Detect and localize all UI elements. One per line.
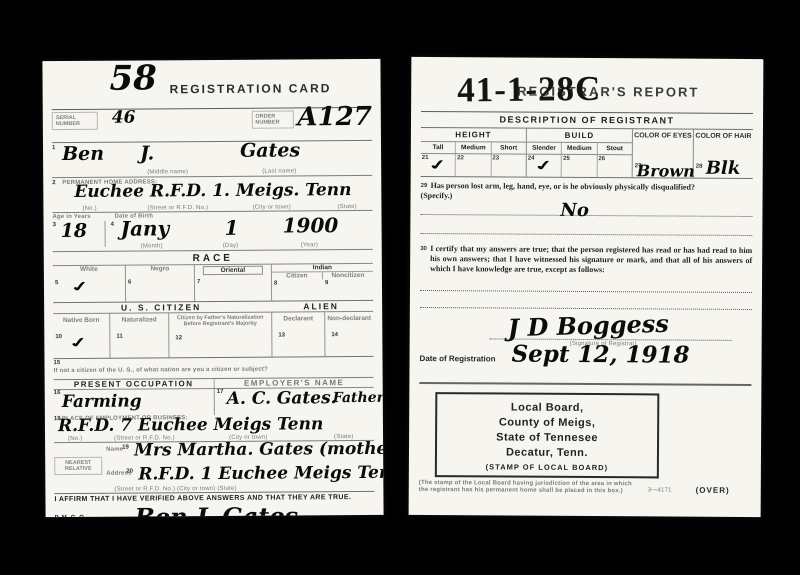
height-short-cell: 23 xyxy=(491,154,525,176)
alien-cell-nondeclarant: Non-declarant 14 xyxy=(325,312,373,356)
non-declarant-label: Non-declarant xyxy=(325,315,373,322)
board-caption: (The stamp of the Local Board having jur… xyxy=(419,480,634,495)
hair-title: COLOR OF HAIR xyxy=(694,130,753,143)
day-sublabel: (Day) xyxy=(223,243,239,249)
print-code: 3—4171 xyxy=(648,487,672,493)
dotted-line-3 xyxy=(420,274,752,293)
naturalized-number: 11 xyxy=(116,334,122,340)
height-tall-cell: 21 ✓ xyxy=(421,154,456,176)
board-line-4: Decatur, Tenn. xyxy=(441,445,653,461)
native-born-label: Native Born xyxy=(53,317,109,324)
dob-month-handwritten: Jany xyxy=(120,216,169,240)
employer-cell: 17 A. C. Gates. Father xyxy=(215,388,374,415)
q29-answer-handwritten: No xyxy=(560,200,589,221)
race-cell-indian-citizen: Citizen 8 xyxy=(272,272,323,279)
build-medium-label: Medium xyxy=(562,143,597,154)
name-row-number: 1 xyxy=(52,145,55,151)
race-oriental-number: 7 xyxy=(197,279,200,285)
date-of-registration-row: Date of Registration Sept 12, 1918 xyxy=(419,346,751,378)
address-sublabel-no: (No.) xyxy=(82,206,96,212)
address-sublabel-street: (Street or R.F.D. No.) xyxy=(147,205,208,211)
height-group: HEIGHT Tall Medium Short 21 ✓ 22 23 xyxy=(421,128,527,177)
hair-value-handwritten: Blk xyxy=(706,158,741,179)
nearest-relative-label: NEAREST RELATIVE xyxy=(54,457,102,475)
occupation-number: 16 xyxy=(54,390,61,396)
race-noncitizen-number: 9 xyxy=(325,280,328,286)
alien-title: ALIEN xyxy=(269,301,373,312)
home-address-row: 2 PERMANENT HOME ADDRESS: Euchee R.F.D. … xyxy=(52,176,372,213)
non-declarant-number: 14 xyxy=(331,332,338,338)
employers-name-title: EMPLOYER'S NAME xyxy=(215,378,374,388)
dotted-line-4 xyxy=(420,291,752,310)
dob-number: 4 xyxy=(111,222,114,228)
address-row-number: 2 xyxy=(52,180,55,186)
description-table: HEIGHT Tall Medium Short 21 ✓ 22 23 BU xyxy=(421,127,753,179)
citizen-cell-native: Native Born 10 ✓ xyxy=(53,314,110,358)
signature-block: P. M. G. O. Form No. 1 (Red) Ben J. Gate… xyxy=(54,501,374,517)
citizen-table: Native Born 10 ✓ Naturalized 11 Citizen … xyxy=(53,311,373,359)
dotted-line-2 xyxy=(420,219,752,236)
serial-number-value: 46 xyxy=(112,108,136,128)
year-sublabel: (Year) xyxy=(301,242,318,248)
last-name-handwritten: Gates xyxy=(240,139,300,161)
q29-text: Has person lost arm, leg, hand, eye, or … xyxy=(431,181,753,193)
q29-answer-line: No xyxy=(420,201,752,221)
height-tall-label: Tall xyxy=(421,142,456,153)
registrar-signature-handwritten: J D Boggess xyxy=(507,309,669,343)
board-caption-row: (The stamp of the Local Board having jur… xyxy=(419,480,751,496)
q30-certification-text: I certify that my answers are true; that… xyxy=(430,244,752,276)
dob-day-handwritten: 1 xyxy=(224,216,238,240)
stamp-of-local-board-label: (STAMP OF LOCAL BOARD) xyxy=(441,462,653,472)
report-header: REGISTRAR'S REPORT 41-1-28C xyxy=(421,65,753,113)
relative-name-handwritten: Mrs Martha. Gates (mother) xyxy=(134,439,384,461)
registrars-report-card: REGISTRAR'S REPORT 41-1-28C DESCRIPTION … xyxy=(409,57,764,517)
employer-handwritten: A. C. Gates. xyxy=(227,388,337,409)
middle-name-handwritten: J. xyxy=(140,142,154,164)
citizen-by-father-number: 12 xyxy=(175,335,182,341)
line-15-number: 15 xyxy=(53,360,60,366)
native-born-number: 10 xyxy=(55,334,62,340)
build-stout-cell: 26 xyxy=(597,155,631,177)
height-medium-number: 22 xyxy=(457,155,464,161)
eyes-group: COLOR OF EYES 27 Brown xyxy=(633,129,694,177)
race-negro-label: Negro xyxy=(126,265,194,272)
race-cell-indian: Indian Citizen 8 Noncitizen 9 xyxy=(272,264,373,301)
build-medium-number: 25 xyxy=(563,156,570,162)
age-divider xyxy=(105,221,106,247)
naturalized-label: Naturalized xyxy=(110,316,168,323)
serial-number-label: SERIAL NUMBER xyxy=(52,112,98,130)
registration-card: 58 REGISTRATION CARD SERIAL NUMBER 46 OR… xyxy=(42,59,383,517)
handwritten-serial-58: 58 xyxy=(109,59,157,99)
alien-cell-declarant: Declarant 13 xyxy=(272,312,325,356)
citizen-cell-naturalized: Naturalized 11 xyxy=(110,313,169,357)
name-row: 1 Ben J. Gates (Middle name) (Last name) xyxy=(52,141,372,178)
middle-name-sublabel: (Middle name) xyxy=(147,169,188,175)
board-line-3: State of Tennesee xyxy=(441,430,653,446)
hair-number: 28 xyxy=(696,164,703,170)
race-white-number: 5 xyxy=(55,280,58,286)
question-30-block: 30 I certify that my answers are true; t… xyxy=(420,244,752,276)
build-medium-cell: 25 xyxy=(562,155,597,177)
race-cell-white: White 5 ✓ xyxy=(53,266,126,303)
build-stout-number: 26 xyxy=(598,156,605,162)
description-title: DESCRIPTION OF REGISTRANT xyxy=(421,111,753,126)
race-cell-indian-noncitizen: Noncitizen 9 xyxy=(323,272,373,279)
home-address-handwritten: Euchee R.F.D. 1. Meigs. Tenn xyxy=(74,180,351,202)
relative-address-sublabels: (Street or R.F.D. No.) (City or town) (S… xyxy=(114,486,236,493)
race-table: White 5 ✓ Negro 6 Oriental 7 Indian Citi… xyxy=(53,263,373,303)
declarant-number: 13 xyxy=(278,332,285,338)
height-medium-label: Medium xyxy=(456,142,491,153)
race-citizen-number: 8 xyxy=(274,281,277,287)
dob-year-handwritten: 1900 xyxy=(282,213,338,237)
race-oriental-label: Oriental xyxy=(203,266,263,275)
date-of-registration-handwritten: Sept 12, 1918 xyxy=(512,341,690,369)
native-born-checkmark: ✓ xyxy=(66,335,91,352)
scanned-document-page: { "left_card": { "serial_handwritten": "… xyxy=(0,0,800,575)
line-15-row: 15 If not a citizen of the U. S., of wha… xyxy=(53,357,373,380)
month-sublabel: (Month) xyxy=(141,243,163,249)
address-sublabel-state: (State) xyxy=(337,204,356,210)
over-label: (OVER) xyxy=(696,486,730,495)
relative-name-label: Name xyxy=(106,447,123,453)
present-occupation-title: PRESENT OCCUPATION xyxy=(54,379,215,389)
relative-address-number: 20 xyxy=(126,469,133,475)
order-number-label: ORDER NUMBER xyxy=(251,110,293,128)
age-handwritten: 18 xyxy=(61,220,88,242)
q29-number: 29 xyxy=(421,183,428,189)
height-medium-cell: 22 xyxy=(456,154,491,176)
hair-group: COLOR OF HAIR 28 Blk xyxy=(694,130,753,178)
occupation-values-row: 16 Farming 17 A. C. Gates. Father xyxy=(54,387,374,416)
question-29-block: 29 Has person lost arm, leg, hand, eye, … xyxy=(420,181,752,221)
stamped-serial-number: 41-1-28C xyxy=(457,69,602,111)
q30-number: 30 xyxy=(420,246,427,252)
occupation-handwritten: Farming xyxy=(62,392,142,413)
race-white-checkmark: ✓ xyxy=(68,279,93,296)
registration-card-header: 58 REGISTRATION CARD xyxy=(51,65,371,110)
race-indian-citizen-label: Citizen xyxy=(272,272,322,279)
citizen-by-father-label: Citizen by Father's Naturalization Befor… xyxy=(169,315,271,328)
card-title: REGISTRATION CARD xyxy=(170,81,332,96)
registrant-signature-handwritten: Ben J. Gates xyxy=(134,501,298,517)
occupation-cell: 16 Farming xyxy=(54,389,215,416)
board-line-1: Local Board, xyxy=(441,400,653,416)
age-number: 3 xyxy=(53,222,56,228)
race-negro-number: 6 xyxy=(128,280,131,286)
place-sublabel-no: (No.) xyxy=(68,436,82,442)
build-slender-label: Slender xyxy=(527,143,562,154)
declarant-label: Declarant xyxy=(272,315,324,322)
board-section-rule xyxy=(419,382,751,386)
place-handwritten: R.F.D. 7 Euchee Meigs Tenn xyxy=(58,414,323,436)
line-15-text: If not a citizen of the U. S., of what n… xyxy=(54,367,268,374)
relative-address-handwritten: R.F.D. 1 Euchee Meigs Tenn xyxy=(138,463,383,485)
date-of-registration-label: Date of Registration xyxy=(420,354,496,363)
build-title: BUILD xyxy=(527,129,632,144)
employer-number: 17 xyxy=(217,389,224,395)
height-short-number: 23 xyxy=(492,155,499,161)
local-board-stamp-box: Local Board, County of Meigs, State of T… xyxy=(435,392,660,478)
citizen-cell-father: Citizen by Father's Naturalization Befor… xyxy=(169,313,272,358)
last-name-sublabel: (Last name) xyxy=(262,168,296,174)
board-line-2: County of Meigs, xyxy=(441,415,653,431)
age-dob-row: Age in Years Date of Birth 3 18 4 Jany 1… xyxy=(52,211,372,252)
race-cell-oriental: Oriental 7 xyxy=(195,265,272,302)
height-short-label: Short xyxy=(491,142,525,153)
us-citizen-title: U. S. CITIZEN xyxy=(53,302,269,314)
relative-name-number: 19 xyxy=(122,445,129,451)
race-cell-negro: Negro 6 xyxy=(126,265,195,301)
eyes-value-handwritten: Brown xyxy=(637,161,695,180)
employer-relation-handwritten: Father xyxy=(333,390,384,406)
build-stout-label: Stout xyxy=(597,143,631,154)
race-white-label: White xyxy=(53,266,125,274)
nearest-relative-block: NEAREST RELATIVE Name 19 Mrs Martha. Gat… xyxy=(54,441,374,494)
race-indian-noncitizen-label: Noncitizen xyxy=(323,272,373,279)
height-tall-checkmark: ✓ xyxy=(426,157,451,174)
form-id-pmgo: P. M. G. O. xyxy=(55,515,86,517)
serial-order-row: SERIAL NUMBER 46 ORDER NUMBER A127 xyxy=(52,108,372,143)
height-title: HEIGHT xyxy=(421,128,526,143)
build-slender-checkmark: ✓ xyxy=(532,158,557,175)
eyes-title: COLOR OF EYES xyxy=(633,129,693,142)
address-sublabel-city: (City or town) xyxy=(252,204,291,210)
build-group: BUILD Slender Medium Stout 24 ✓ 25 26 xyxy=(527,129,633,178)
first-name-handwritten: Ben xyxy=(62,143,104,165)
build-slender-cell: 24 ✓ xyxy=(527,155,562,177)
